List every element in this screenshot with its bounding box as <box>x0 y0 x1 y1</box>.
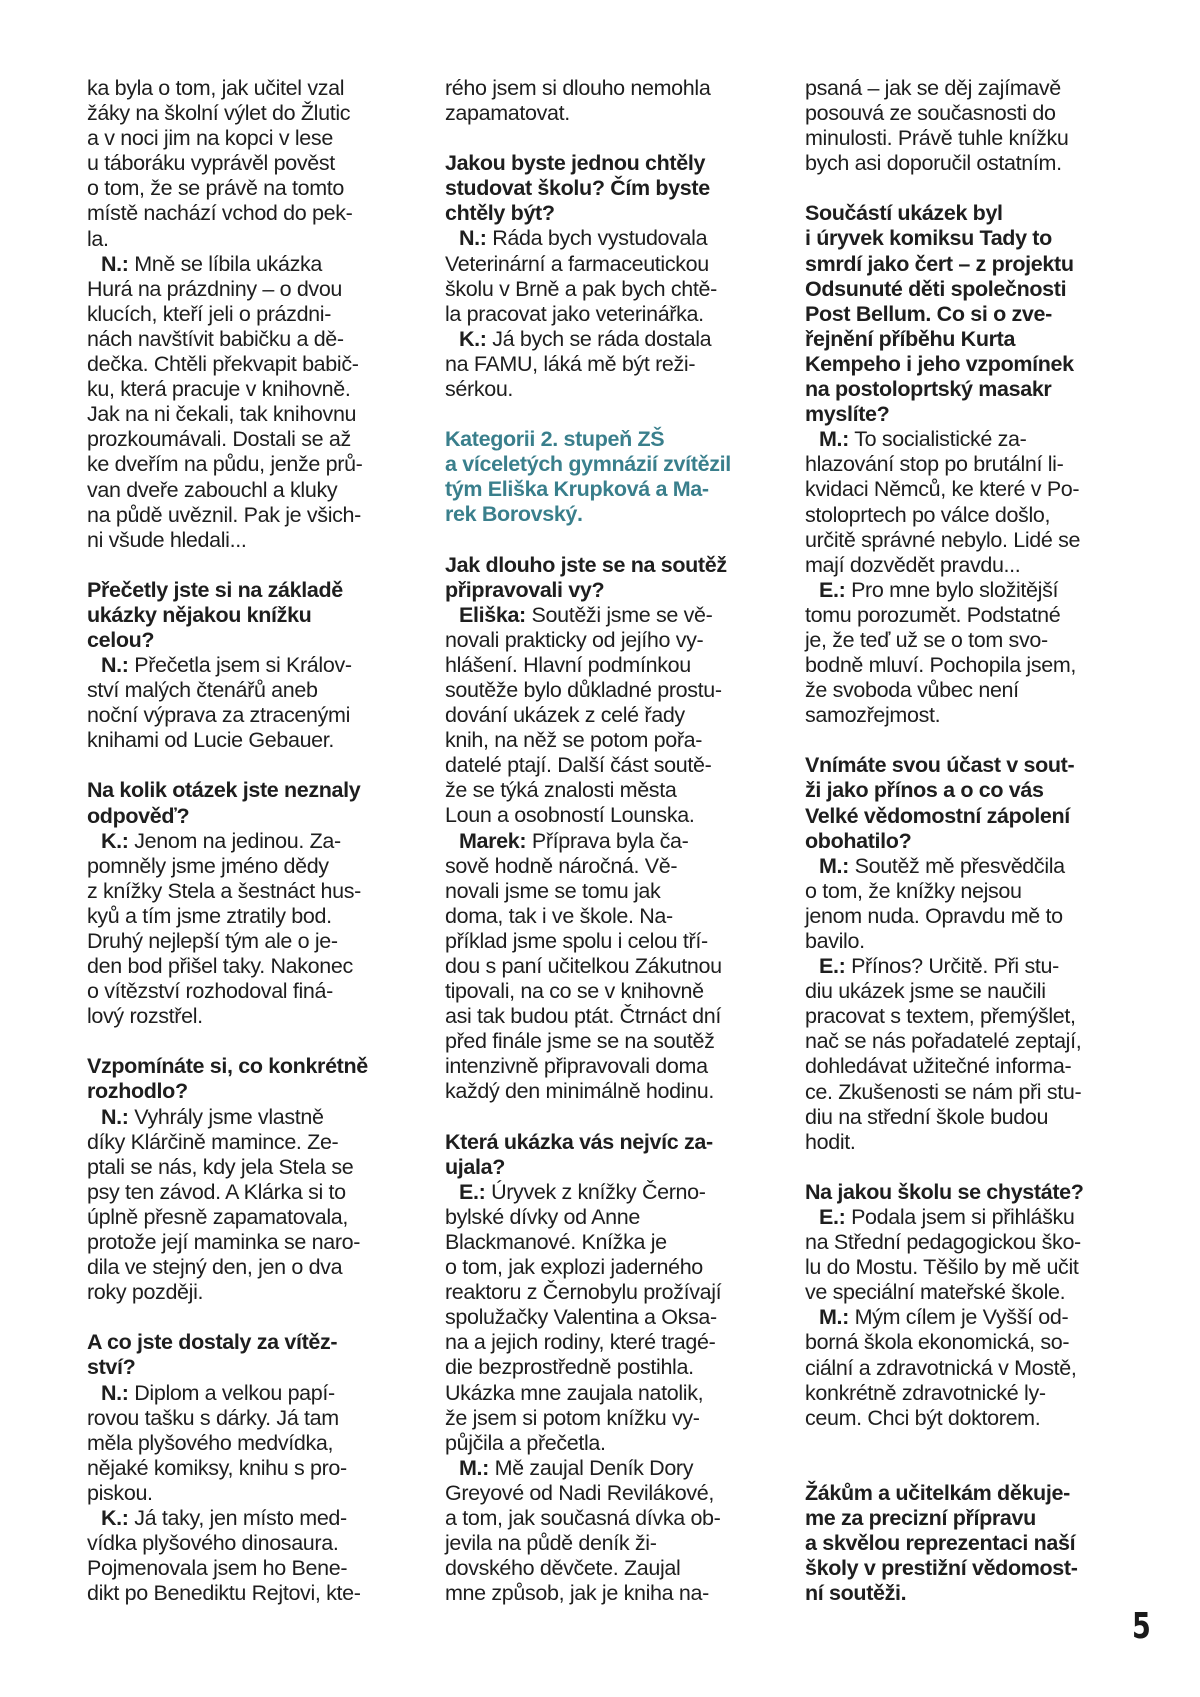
paragraph: psaná – jak se děj zajímavě posouvá ze s… <box>805 76 1123 176</box>
answer: N.: Přečetla jsem si Králov- ství malých… <box>87 653 405 753</box>
answer-text: Podala jsem si přihlášku na Střední peda… <box>805 1205 1081 1304</box>
answer: M.: To socialistické za- hlazování stop … <box>805 427 1123 578</box>
answer-text: Já taky, jen místo med- vídka plyšového … <box>87 1506 361 1605</box>
speaker-label: K.: <box>459 327 487 351</box>
answer: Marek: Příprava byla ča- sově hodně náro… <box>445 829 763 1105</box>
answer: N.: Ráda bych vystudovala Veterinární a … <box>445 226 763 326</box>
speaker-label: Eliška: <box>459 603 526 627</box>
interview-question: Součástí ukázek byl i úryvek komiksu Tad… <box>805 201 1123 427</box>
speaker-label: N.: <box>101 1105 129 1129</box>
speaker-label: N.: <box>101 252 129 276</box>
answer: M.: Soutěž mě přesvědčila o tom, že kníž… <box>805 854 1123 954</box>
interview-question: Vnímáte svou účast v sout- ži jako příno… <box>805 753 1123 853</box>
interview-question: Na jakou školu se chystáte? <box>805 1180 1123 1205</box>
speaker-label: N.: <box>459 226 487 250</box>
answer: N.: Vyhrály jsme vlastně díky Klárčině m… <box>87 1105 405 1306</box>
answer: K.: Já bych se ráda dostala na FAMU, lák… <box>445 327 763 402</box>
speaker-label: N.: <box>101 1381 129 1405</box>
answer: M.: Mě zaujal Deník Dory Greyové od Nadi… <box>445 1456 763 1607</box>
category-winner-heading: Kategorii 2. stupeň ZŠ a víceletých gymn… <box>445 427 763 527</box>
speaker-label: M.: <box>459 1456 489 1480</box>
answer-text: Jenom na jedinou. Za- pomněly jsme jméno… <box>87 829 361 1029</box>
closing-thanks: Žákům a učitelkám děkuje- me za precizní… <box>805 1481 1123 1606</box>
speaker-label: K.: <box>101 829 129 853</box>
answer-text: Vyhrály jsme vlastně díky Klárčině mamin… <box>87 1105 360 1305</box>
answer-text: Mně se líbila ukázka Hurá na prázdniny –… <box>87 252 362 552</box>
answer: N.: Mně se líbila ukázka Hurá na prázdni… <box>87 252 405 553</box>
paragraph: ka byla o tom, jak učitel vzal žáky na š… <box>87 76 405 252</box>
interview-question: Jakou byste jednou chtěly studovat školu… <box>445 151 763 226</box>
speaker-label: E.: <box>819 578 845 602</box>
interview-question: Vzpomínáte si, co konkrétně rozhodlo? <box>87 1054 405 1104</box>
answer: K.: Já taky, jen místo med- vídka plyšov… <box>87 1506 405 1606</box>
interview-question: Přečetly jste si na základě ukázky nějak… <box>87 578 405 653</box>
interview-question: Která ukázka vás nejvíc za- ujala? <box>445 1130 763 1180</box>
answer: K.: Jenom na jedinou. Za- pomněly jsme j… <box>87 829 405 1030</box>
speaker-label: N.: <box>101 653 129 677</box>
answer: E.: Úryvek z knížky Černo- bylské dívky … <box>445 1180 763 1456</box>
answer-text: Přínos? Určitě. Při stu- diu ukázek jsme… <box>805 954 1081 1154</box>
answer-text: Soutěži jsme se vě- novali prakticky od … <box>445 603 722 828</box>
page-number: 5 <box>1132 1606 1151 1647</box>
speaker-label: M.: <box>819 427 849 451</box>
answer: M.: Mým cílem je Vyšší od- borná škola e… <box>805 1305 1123 1430</box>
article-column-2: rého jsem si dlouho nemohla zapamatovat.… <box>445 76 763 1606</box>
article-column-3: psaná – jak se děj zajímavě posouvá ze s… <box>805 76 1123 1606</box>
answer: E.: Pro mne bylo složitější tomu porozum… <box>805 578 1123 729</box>
answer: E.: Podala jsem si přihlášku na Střední … <box>805 1205 1123 1305</box>
answer-text: Úryvek z knížky Černo- bylské dívky od A… <box>445 1180 721 1455</box>
speaker-label: E.: <box>459 1180 485 1204</box>
interview-question: Jak dlouho jste se na soutěž připravoval… <box>445 553 763 603</box>
paragraph: rého jsem si dlouho nemohla zapamatovat. <box>445 76 763 126</box>
answer: Eliška: Soutěži jsme se vě- novali prakt… <box>445 603 763 829</box>
speaker-label: M.: <box>819 1305 849 1329</box>
answer-text: Pro mne bylo složitější tomu porozumět. … <box>805 578 1076 727</box>
answer: E.: Přínos? Určitě. Při stu- diu ukázek … <box>805 954 1123 1155</box>
answer-text: Příprava byla ča- sově hodně náročná. Vě… <box>445 829 722 1104</box>
interview-question: Na kolik otázek jste neznaly odpověď? <box>87 778 405 828</box>
speaker-label: E.: <box>819 1205 845 1229</box>
speaker-label: K.: <box>101 1506 129 1530</box>
speaker-label: Marek: <box>459 829 526 853</box>
speaker-label: E.: <box>819 954 845 978</box>
interview-question: A co jste dostaly za vítěz- ství? <box>87 1330 405 1380</box>
article-column-1: ka byla o tom, jak učitel vzal žáky na š… <box>87 76 405 1606</box>
speaker-label: M.: <box>819 854 849 878</box>
answer: N.: Diplom a velkou papí- rovou tašku s … <box>87 1381 405 1506</box>
